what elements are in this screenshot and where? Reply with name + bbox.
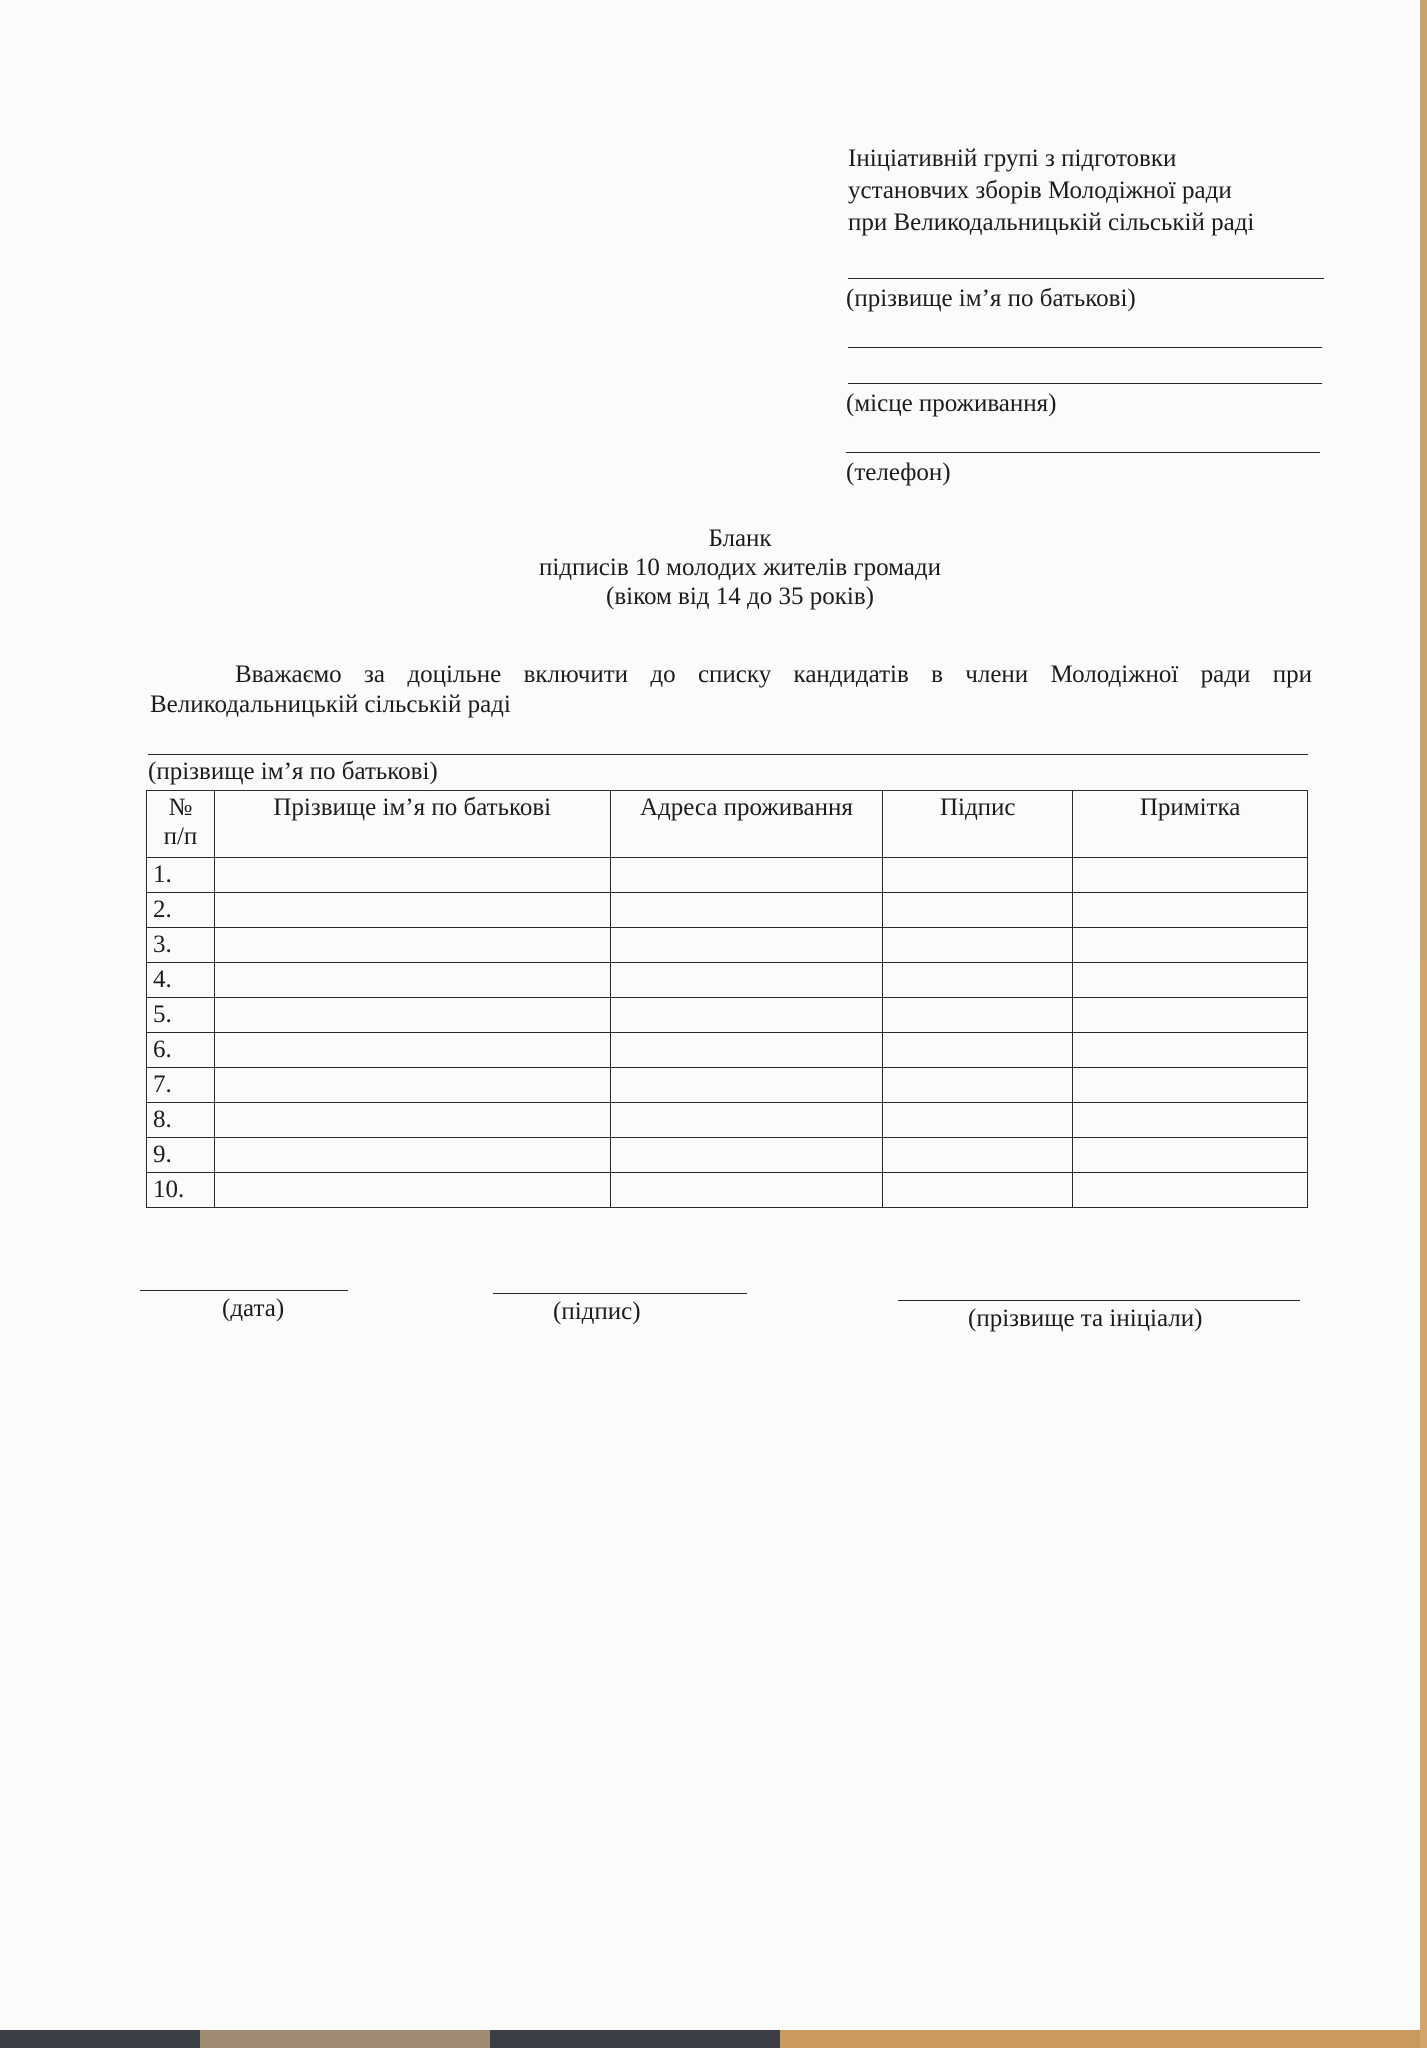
header-full-name: Прізвище ім’я по батькові	[214, 791, 610, 858]
table-row: 1.	[147, 858, 1308, 893]
cell-signature[interactable]	[883, 963, 1073, 998]
cell-note[interactable]	[1073, 893, 1308, 928]
date-label: (дата)	[222, 1294, 284, 1324]
table-row: 2.	[147, 893, 1308, 928]
paper-sheet: Ініціативній групі з підготовки установч…	[0, 0, 1420, 2030]
cell-address[interactable]	[610, 1068, 883, 1103]
cell-full-name[interactable]	[214, 858, 610, 893]
title-line: (віком від 14 до 35 років)	[0, 582, 1427, 611]
table-row: 10.	[147, 1173, 1308, 1208]
cell-full-name[interactable]	[214, 1068, 610, 1103]
signature-field[interactable]	[493, 1293, 747, 1294]
cell-full-name[interactable]	[214, 998, 610, 1033]
cell-note[interactable]	[1073, 1033, 1308, 1068]
cell-full-name[interactable]	[214, 928, 610, 963]
cell-full-name[interactable]	[214, 963, 610, 998]
phone-label: (телефон)	[846, 458, 951, 488]
table-row: 6.	[147, 1033, 1308, 1068]
full-name-label: (прізвище ім’я по батькові)	[846, 284, 1136, 314]
table-row: 9.	[147, 1138, 1308, 1173]
cell-note[interactable]	[1073, 928, 1308, 963]
header-address: Адреса проживання	[610, 791, 883, 858]
cell-address[interactable]	[610, 1173, 883, 1208]
table-row: 4.	[147, 963, 1308, 998]
residence-label: (місце проживання)	[846, 389, 1056, 419]
addressee-line: установчих зборів Молодіжної ради	[848, 175, 1254, 207]
cell-note[interactable]	[1073, 1068, 1308, 1103]
cell-signature[interactable]	[883, 858, 1073, 893]
cell-address[interactable]	[610, 998, 883, 1033]
cell-address[interactable]	[610, 1033, 883, 1068]
full-name-field[interactable]	[848, 278, 1324, 279]
cell-number: 10.	[147, 1173, 215, 1208]
cell-number: 6.	[147, 1033, 215, 1068]
addressee-block: Ініціативній групі з підготовки установч…	[848, 143, 1254, 239]
cell-signature[interactable]	[883, 998, 1073, 1033]
cell-note[interactable]	[1073, 963, 1308, 998]
table-row: 3.	[147, 928, 1308, 963]
cell-address[interactable]	[610, 858, 883, 893]
cell-address[interactable]	[610, 928, 883, 963]
date-field[interactable]	[140, 1290, 348, 1291]
header-note: Примітка	[1073, 791, 1308, 858]
background-table-edge	[1420, 960, 1427, 2048]
cell-signature[interactable]	[883, 1173, 1073, 1208]
cell-note[interactable]	[1073, 858, 1308, 893]
cell-signature[interactable]	[883, 1138, 1073, 1173]
header-signature: Підпис	[883, 791, 1073, 858]
cell-signature[interactable]	[883, 928, 1073, 963]
name-initials-field[interactable]	[898, 1300, 1300, 1301]
residence-field-line-2[interactable]	[848, 383, 1322, 384]
statement-paragraph: Вважаємо за доцільне включити до списку …	[150, 660, 1312, 720]
cell-note[interactable]	[1073, 1173, 1308, 1208]
header-number-line1: №	[151, 793, 210, 822]
cell-address[interactable]	[610, 963, 883, 998]
header-number-line2: п/п	[151, 822, 210, 851]
signature-label: (підпис)	[553, 1297, 641, 1327]
cell-number: 1.	[147, 858, 215, 893]
cell-full-name[interactable]	[214, 1138, 610, 1173]
title-line: Бланк	[0, 524, 1427, 553]
header-number: № п/п	[147, 791, 215, 858]
cell-signature[interactable]	[883, 1068, 1073, 1103]
cell-full-name[interactable]	[214, 1173, 610, 1208]
cell-number: 7.	[147, 1068, 215, 1103]
addressee-line: Ініціативній групі з підготовки	[848, 143, 1254, 175]
title-line: підписів 10 молодих жителів громади	[0, 553, 1427, 582]
cell-number: 2.	[147, 893, 215, 928]
table-row: 5.	[147, 998, 1308, 1033]
cell-number: 9.	[147, 1138, 215, 1173]
cell-full-name[interactable]	[214, 1033, 610, 1068]
cell-full-name[interactable]	[214, 1103, 610, 1138]
cell-signature[interactable]	[883, 1103, 1073, 1138]
phone-field[interactable]	[846, 452, 1320, 453]
cell-address[interactable]	[610, 1138, 883, 1173]
cell-note[interactable]	[1073, 998, 1308, 1033]
table-row: 7.	[147, 1068, 1308, 1103]
cell-note[interactable]	[1073, 1138, 1308, 1173]
table-row: 8.	[147, 1103, 1308, 1138]
cell-note[interactable]	[1073, 1103, 1308, 1138]
statement-text: Вважаємо за доцільне включити до списку …	[150, 661, 1312, 718]
form-title: Бланк підписів 10 молодих жителів громад…	[0, 524, 1427, 611]
name-initials-label: (прізвище та ініціали)	[968, 1304, 1202, 1334]
cell-number: 4.	[147, 963, 215, 998]
cell-number: 3.	[147, 928, 215, 963]
cell-address[interactable]	[610, 1103, 883, 1138]
table-header-row: № п/п Прізвище ім’я по батькові Адреса п…	[147, 791, 1308, 858]
cell-signature[interactable]	[883, 1033, 1073, 1068]
cell-number: 8.	[147, 1103, 215, 1138]
signatures-table: № п/п Прізвище ім’я по батькові Адреса п…	[146, 790, 1308, 1208]
cell-signature[interactable]	[883, 893, 1073, 928]
addressee-line: при Великодальницькій сільській раді	[848, 207, 1254, 239]
candidate-name-label: (прізвище ім’я по батькові)	[148, 757, 438, 787]
cell-address[interactable]	[610, 893, 883, 928]
residence-field-line-1[interactable]	[848, 347, 1322, 348]
cell-full-name[interactable]	[214, 893, 610, 928]
candidate-name-field[interactable]	[148, 754, 1308, 755]
cell-number: 5.	[147, 998, 215, 1033]
